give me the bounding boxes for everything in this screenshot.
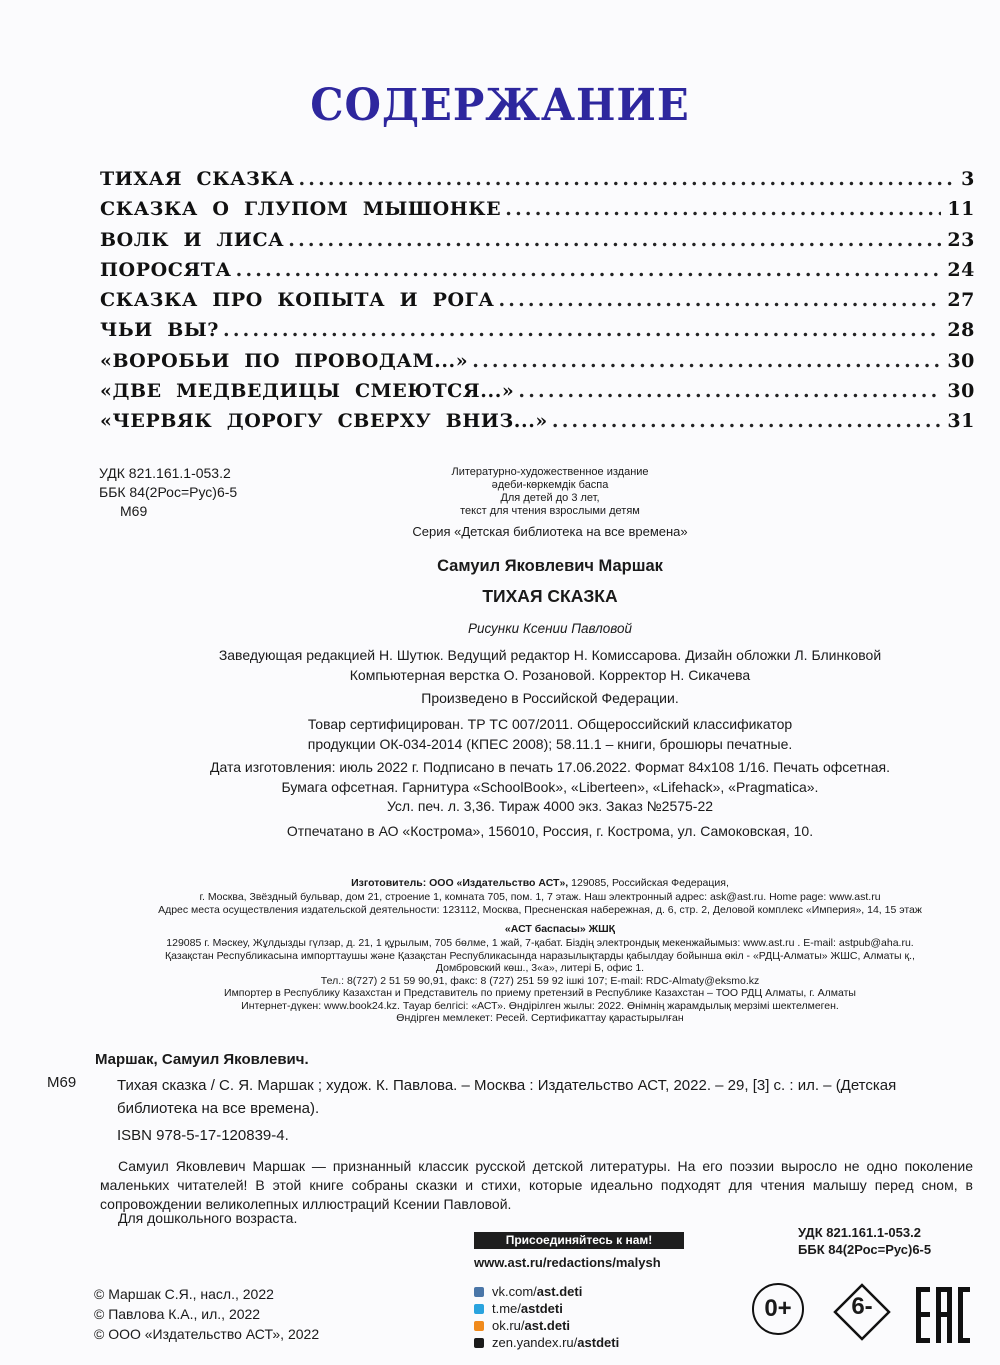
kazakh-heading: «АСТ баспасы» ЖШҚ xyxy=(80,923,1000,935)
bibliographic-author: Маршак, Самуил Яковлевич. xyxy=(95,1051,309,1068)
toc-item-title: «ЧЕРВЯК ДОРОГУ СВЕРХУ ВНИЗ...» xyxy=(100,410,548,432)
toc-item-title: ЧЬИ ВЫ? xyxy=(100,319,219,341)
udk-block-top: УДК 821.161.1-053.2 ББК 84(2Рос=Рус)6-5 … xyxy=(99,464,237,521)
age-rating-circle-icon: 0+ xyxy=(752,1283,804,1335)
copyright-line: © Маршак С.Я., насл., 2022 xyxy=(94,1284,319,1304)
certification: Товар сертифицирован. ТР ТС 007/2011. Об… xyxy=(120,714,980,754)
kazakh-line: Тел.: 8(727) 2 51 59 90,91, факс: 8 (727… xyxy=(80,975,1000,988)
cert-line: Товар сертифицирован. ТР ТС 007/2011. Об… xyxy=(120,714,980,734)
book-author: Самуил Яковлевич Маршак xyxy=(120,557,980,576)
website-link[interactable]: www.ast.ru/redactions/malysh xyxy=(474,1255,661,1270)
print-details: Дата изготовления: июль 2022 г. Подписан… xyxy=(120,758,980,817)
toc-leader-dots xyxy=(505,198,941,220)
kazakh-line: 129085 г. Мәскеу, Жұлдызды гүлзар, д. 21… xyxy=(80,937,1000,950)
page-title: СОДЕРЖАНИЕ xyxy=(25,80,975,131)
link-handle: ast.deti xyxy=(525,1317,571,1334)
edition-line: текст для чтения взрослыми детям xyxy=(290,505,810,518)
toc-item[interactable]: «ДВЕ МЕДВЕДИЦЫ СМЕЮТСЯ...»30 xyxy=(100,380,975,410)
odnoklassniki-icon xyxy=(474,1321,484,1331)
bbk-code: ББК 84(2Рос=Рус)6-5 xyxy=(99,483,237,502)
toc-item-page: 24 xyxy=(947,259,975,281)
toc-item[interactable]: ПОРОСЯТА24 xyxy=(100,259,975,289)
link-prefix: ok.ru/ xyxy=(492,1317,525,1334)
toc-item-page: 28 xyxy=(947,319,975,341)
toc-item-title: ВОЛК И ЛИСА xyxy=(100,229,284,251)
toc-item-title: «ВОРОБЬИ ПО ПРОВОДАМ...» xyxy=(100,350,468,372)
age-rating-label: 0+ xyxy=(764,1295,791,1323)
author-mark: М69 xyxy=(99,502,237,521)
toc-item-page: 30 xyxy=(947,350,975,372)
edition-type: Литературно-художественное издание әдеби… xyxy=(290,466,810,518)
edition-line: Литературно-художественное издание xyxy=(290,466,810,479)
toc-item-title: ПОРОСЯТА xyxy=(100,259,232,281)
join-us-banner: Присоединяйтесь к нам! xyxy=(474,1232,684,1249)
editorial-credits: Заведующая редакцией Н. Шутюк. Ведущий р… xyxy=(120,645,980,685)
bibliographic-code: М69 xyxy=(47,1074,76,1091)
toc-item-title: «ДВЕ МЕДВЕДИЦЫ СМЕЮТСЯ...» xyxy=(100,380,514,402)
toc-item-title: СКАЗКА ПРО КОПЫТА И РОГА xyxy=(100,289,494,311)
zen-icon xyxy=(474,1338,484,1348)
udk-code: УДК 821.161.1-053.2 xyxy=(99,464,237,483)
manufacturer-address: 129085, Российская Федерация, xyxy=(568,877,729,889)
copyright-line: © ООО «Издательство АСТ», 2022 xyxy=(94,1324,319,1344)
toc-leader-dots xyxy=(552,410,941,432)
edition-line: әдеби-көркемдік баспа xyxy=(290,479,810,492)
manufacturer-label: Изготовитель: ООО «Издательство АСТ», xyxy=(351,877,568,889)
country-of-production: Произведено в Российской Федерации. xyxy=(120,690,980,706)
vk-icon xyxy=(474,1287,484,1297)
udk-code: УДК 821.161.1-053.2 xyxy=(798,1224,931,1241)
toc-leader-dots xyxy=(223,319,941,341)
toc-leader-dots xyxy=(298,168,955,190)
toc-item[interactable]: «ВОРОБЬИ ПО ПРОВОДАМ...»30 xyxy=(100,350,975,380)
link-handle: astdeti xyxy=(521,1300,563,1317)
printing-house: Отпечатано в АО «Кострома», 156010, Росс… xyxy=(120,823,980,839)
udk-block-bottom: УДК 821.161.1-053.2 ББК 84(2Рос=Рус)6-5 xyxy=(798,1224,931,1258)
kazakh-line: Өндірген мемлекет: Ресей. Сертификаттау … xyxy=(80,1012,1000,1025)
toc-item-page: 27 xyxy=(947,289,975,311)
illustrator: Рисунки Ксении Павловой xyxy=(120,621,980,636)
social-link-vk[interactable]: vk.com/ast.deti xyxy=(474,1283,619,1300)
credits-line: Компьютерная верстка О. Розановой. Корре… xyxy=(120,665,980,685)
social-links: vk.com/ast.deti t.me/astdeti ok.ru/ast.d… xyxy=(474,1283,619,1351)
toc-item-page: 30 xyxy=(947,380,975,402)
toc-item-page: 3 xyxy=(961,168,975,190)
social-link-zen[interactable]: zen.yandex.ru/astdeti xyxy=(474,1334,619,1351)
publishing-address: Адрес места осуществления издательской д… xyxy=(80,904,1000,918)
toc-leader-dots xyxy=(288,229,941,251)
kazakh-line: Интернет-дүкен: www.book24.kz. Тауар бел… xyxy=(80,1000,1000,1013)
toc-item[interactable]: ТИХАЯ СКАЗКА3 xyxy=(100,168,975,198)
print-detail-line: Дата изготовления: июль 2022 г. Подписан… xyxy=(120,758,980,778)
target-audience: Для дошкольного возраста. xyxy=(118,1210,297,1226)
link-prefix: zen.yandex.ru/ xyxy=(492,1334,577,1351)
eac-mark-icon xyxy=(916,1287,970,1343)
toc-item[interactable]: ВОЛК И ЛИСА23 xyxy=(100,229,975,259)
telegram-icon xyxy=(474,1304,484,1314)
edition-line: Для детей до 3 лет, xyxy=(290,492,810,505)
toc-item-page: 31 xyxy=(947,410,975,432)
toc-item-page: 11 xyxy=(947,198,975,220)
toc-item[interactable]: ЧЬИ ВЫ?28 xyxy=(100,319,975,349)
book-title: ТИХАЯ СКАЗКА xyxy=(120,586,980,607)
table-of-contents: ТИХАЯ СКАЗКА3 СКАЗКА О ГЛУПОМ МЫШОНКЕ11 … xyxy=(100,168,975,441)
link-prefix: vk.com/ xyxy=(492,1283,537,1300)
toc-item[interactable]: СКАЗКА О ГЛУПОМ МЫШОНКЕ11 xyxy=(100,198,975,228)
bibliographic-entry: Тихая сказка / С. Я. Маршак ; худож. К. … xyxy=(117,1074,977,1120)
kazakh-info: 129085 г. Мәскеу, Жұлдызды гүлзар, д. 21… xyxy=(80,937,1000,1025)
toc-leader-dots xyxy=(518,380,941,402)
copyright-block: © Маршак С.Я., насл., 2022 © Павлова К.А… xyxy=(94,1284,319,1344)
manufacturer-contacts: г. Москва, Звёздный бульвар, дом 21, стр… xyxy=(80,891,1000,905)
series-name: Серия «Детская библиотека на все времена… xyxy=(290,524,810,539)
book-abstract: Самуил Яковлевич Маршак — признанный кла… xyxy=(100,1157,973,1214)
manufacturer-info: Изготовитель: ООО «Издательство АСТ», 12… xyxy=(80,877,1000,918)
toc-item[interactable]: СКАЗКА ПРО КОПЫТА И РОГА27 xyxy=(100,289,975,319)
link-prefix: t.me/ xyxy=(492,1300,521,1317)
toc-item-title: СКАЗКА О ГЛУПОМ МЫШОНКЕ xyxy=(100,198,501,220)
print-detail-line: Бумага офсетная. Гарнитура «SchoolBook»,… xyxy=(120,778,980,798)
toc-item-title: ТИХАЯ СКАЗКА xyxy=(100,168,294,190)
social-link-ok[interactable]: ok.ru/ast.deti xyxy=(474,1317,619,1334)
isbn: ISBN 978-5-17-120839-4. xyxy=(117,1127,289,1144)
cert-line: продукции ОК-034-2014 (КПЕС 2008); 58.11… xyxy=(120,734,980,754)
credits-line: Заведующая редакцией Н. Шутюк. Ведущий р… xyxy=(120,645,980,665)
link-handle: ast.deti xyxy=(537,1283,583,1300)
toc-item-page: 23 xyxy=(947,229,975,251)
toc-leader-dots xyxy=(498,289,941,311)
kazakh-line: Импортер в Республику Казахстан и Предст… xyxy=(80,987,1000,1000)
toc-leader-dots xyxy=(472,350,941,372)
copyright-line: © Павлова К.А., ил., 2022 xyxy=(94,1304,319,1324)
toc-item[interactable]: «ЧЕРВЯК ДОРОГУ СВЕРХУ ВНИЗ...»31 xyxy=(100,410,975,440)
kazakh-line: Домбровский көш., 3«а», литері Б, офис 1… xyxy=(80,962,1000,975)
toc-leader-dots xyxy=(236,259,942,281)
kazakh-line: Қазақстан Республикасына импорттаушы жән… xyxy=(80,950,1000,963)
bbk-code: ББК 84(2Рос=Рус)6-5 xyxy=(798,1241,931,1258)
print-detail-line: Усл. печ. л. 3,36. Тираж 4000 экз. Заказ… xyxy=(120,797,980,817)
link-handle: astdeti xyxy=(577,1334,619,1351)
age-rating-diamond-label: 6- xyxy=(833,1293,891,1321)
social-link-telegram[interactable]: t.me/astdeti xyxy=(474,1300,619,1317)
